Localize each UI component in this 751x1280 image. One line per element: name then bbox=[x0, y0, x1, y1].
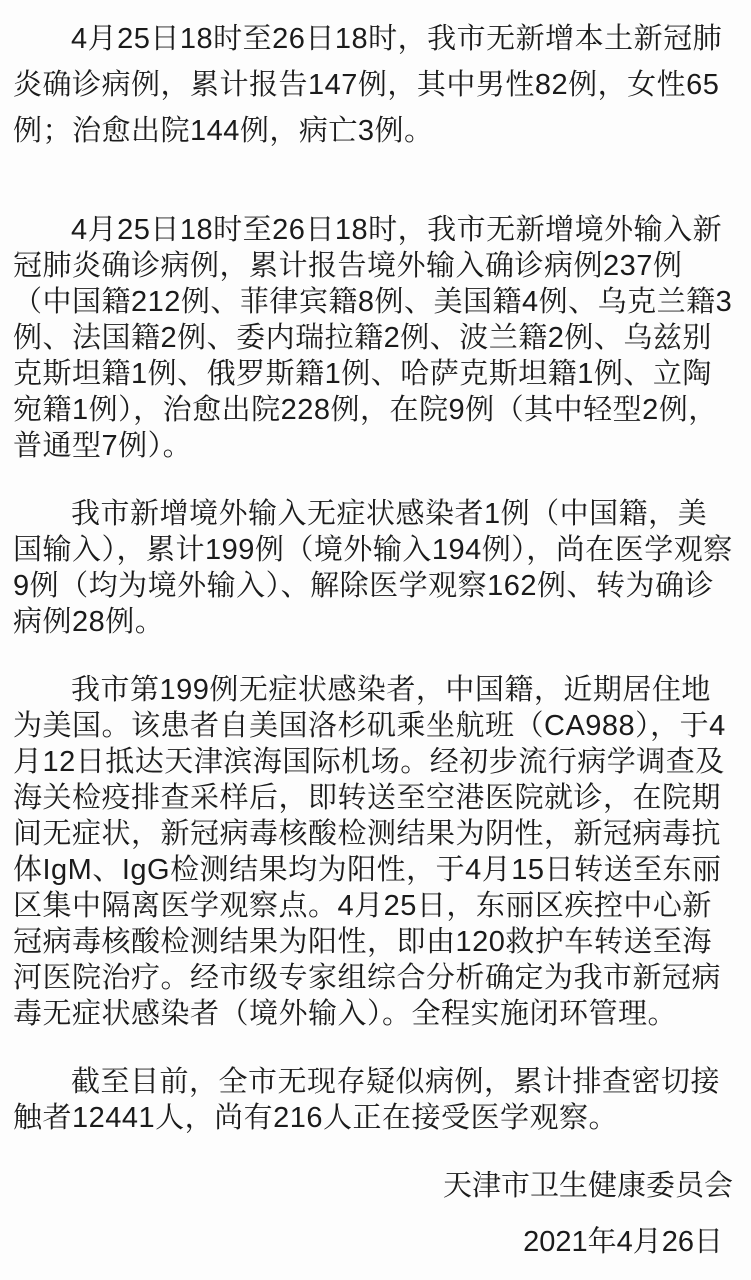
signature-date: 2021年4月26日 bbox=[13, 1224, 735, 1260]
paragraph-case-199-details: 我市第199例无症状感染者，中国籍，近期居住地为美国。该患者自美国洛杉矶乘坐航班… bbox=[13, 672, 735, 1032]
paragraph-imported-cases: 4月25日18时至26日18时，我市无新增境外输入新冠肺炎确诊病例，累计报告境外… bbox=[13, 212, 735, 464]
paragraph-local-cases: 4月25日18时至26日18时，我市无新增本土新冠肺炎确诊病例，累计报告147例… bbox=[13, 16, 735, 154]
signature-block: 天津市卫生健康委员会 2021年4月26日 bbox=[13, 1168, 735, 1260]
signature-organization: 天津市卫生健康委员会 bbox=[13, 1168, 735, 1204]
notice-document: 4月25日18时至26日18时，我市无新增本土新冠肺炎确诊病例，累计报告147例… bbox=[0, 0, 751, 1280]
paragraph-close-contacts: 截至目前，全市无现存疑似病例，累计排查密切接触者12441人，尚有216人正在接… bbox=[13, 1064, 735, 1136]
paragraph-asymptomatic-new: 我市新增境外输入无症状感染者1例（中国籍，美国输入），累计199例（境外输入19… bbox=[13, 496, 735, 640]
